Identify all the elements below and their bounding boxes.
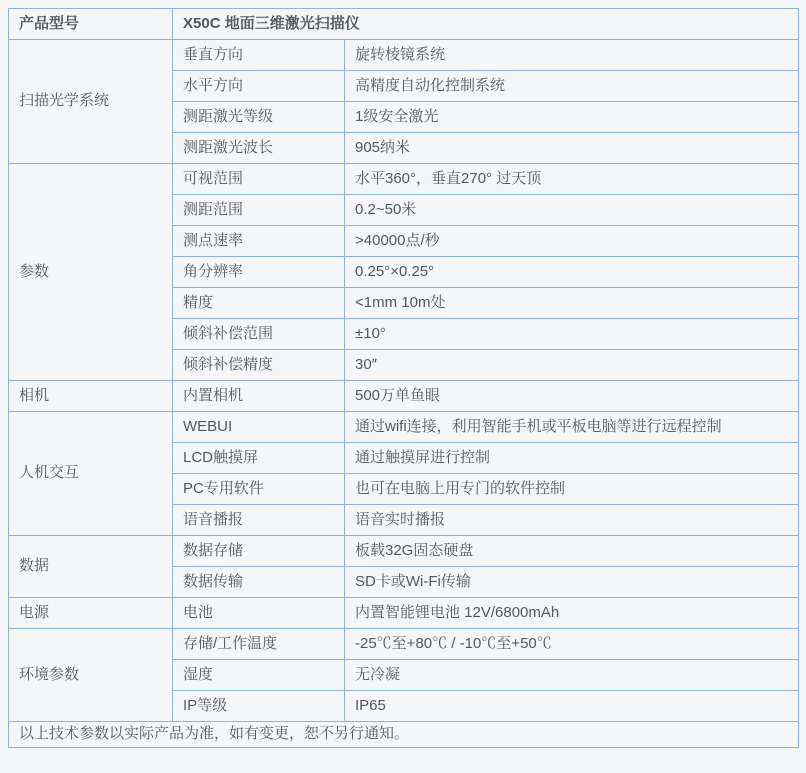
spec-label-cell: 语音播报	[173, 505, 345, 536]
table-row: 环境参数 存储/工作温度 -25℃至+80℃ / -10℃至+50℃	[9, 629, 799, 660]
spec-label-cell: 电池	[173, 598, 345, 629]
spec-label-cell: 角分辨率	[173, 257, 345, 288]
table-row: 电源 电池 内置智能锂电池 12V/6800mAh	[9, 598, 799, 629]
spec-label-cell: 测距激光波长	[173, 133, 345, 164]
spec-label-cell: 数据传输	[173, 567, 345, 598]
table-row: 人机交互 WEBUI 通过wifi连接，利用智能手机或平板电脑等进行远程控制	[9, 412, 799, 443]
spec-label-cell: 倾斜补偿范围	[173, 319, 345, 350]
table-row: 参数 可视范围 水平360°，垂直270° 过天顶	[9, 164, 799, 195]
table-row-footer: 以上技术参数以实际产品为准，如有变更，恕不另行通知。	[9, 722, 799, 748]
spec-table: 产品型号 X50C 地面三维激光扫描仪 扫描光学系统 垂直方向 旋转棱镜系统 水…	[8, 8, 799, 748]
category-cell-power: 电源	[9, 598, 173, 629]
model-value-cell: X50C 地面三维激光扫描仪	[173, 9, 799, 40]
spec-value-cell: 30″	[345, 350, 799, 381]
category-cell-data: 数据	[9, 536, 173, 598]
spec-label-cell: 测点速率	[173, 226, 345, 257]
spec-value-cell: 高精度自动化控制系统	[345, 71, 799, 102]
spec-label-cell: 倾斜补偿精度	[173, 350, 345, 381]
spec-label-cell: 数据存储	[173, 536, 345, 567]
spec-value-cell: 905纳米	[345, 133, 799, 164]
spec-value-cell: 1级安全激光	[345, 102, 799, 133]
spec-value-cell: >40000点/秒	[345, 226, 799, 257]
category-cell-camera: 相机	[9, 381, 173, 412]
spec-label-cell: 内置相机	[173, 381, 345, 412]
spec-label-cell: 测距范围	[173, 195, 345, 226]
footer-note: 以上技术参数以实际产品为准，如有变更，恕不另行通知。	[9, 722, 799, 748]
spec-label-cell: 垂直方向	[173, 40, 345, 71]
spec-value-cell: 水平360°，垂直270° 过天顶	[345, 164, 799, 195]
spec-label-cell: 存储/工作温度	[173, 629, 345, 660]
spec-value-cell: 通过触摸屏进行控制	[345, 443, 799, 474]
spec-value-cell: 0.25°×0.25°	[345, 257, 799, 288]
spec-label-cell: LCD触摸屏	[173, 443, 345, 474]
spec-label-cell: 精度	[173, 288, 345, 319]
table-row: 相机 内置相机 500万单鱼眼	[9, 381, 799, 412]
spec-value-cell: 无冷凝	[345, 660, 799, 691]
spec-value-cell: 板载32G固态硬盘	[345, 536, 799, 567]
spec-value-cell: -25℃至+80℃ / -10℃至+50℃	[345, 629, 799, 660]
spec-value-cell: SD卡或Wi-Fi传输	[345, 567, 799, 598]
spec-value-cell: ±10°	[345, 319, 799, 350]
table-row: 扫描光学系统 垂直方向 旋转棱镜系统	[9, 40, 799, 71]
spec-label-cell: IP等级	[173, 691, 345, 722]
category-cell-hmi: 人机交互	[9, 412, 173, 536]
spec-value-cell: IP65	[345, 691, 799, 722]
category-cell-environment: 环境参数	[9, 629, 173, 722]
spec-page: 产品型号 X50C 地面三维激光扫描仪 扫描光学系统 垂直方向 旋转棱镜系统 水…	[0, 0, 806, 773]
table-row: 数据 数据存储 板载32G固态硬盘	[9, 536, 799, 567]
model-label-cell: 产品型号	[9, 9, 173, 40]
spec-value-cell: 通过wifi连接，利用智能手机或平板电脑等进行远程控制	[345, 412, 799, 443]
spec-value-cell: 0.2~50米	[345, 195, 799, 226]
spec-value-cell: <1mm 10m处	[345, 288, 799, 319]
spec-value-cell: 旋转棱镜系统	[345, 40, 799, 71]
spec-label-cell: 水平方向	[173, 71, 345, 102]
spec-label-cell: 湿度	[173, 660, 345, 691]
table-row-header: 产品型号 X50C 地面三维激光扫描仪	[9, 9, 799, 40]
spec-value-cell: 也可在电脑上用专门的软件控制	[345, 474, 799, 505]
spec-value-cell: 语音实时播报	[345, 505, 799, 536]
category-cell-optics: 扫描光学系统	[9, 40, 173, 164]
spec-label-cell: 测距激光等级	[173, 102, 345, 133]
spec-value-cell: 500万单鱼眼	[345, 381, 799, 412]
spec-label-cell: PC专用软件	[173, 474, 345, 505]
spec-label-cell: WEBUI	[173, 412, 345, 443]
spec-label-cell: 可视范围	[173, 164, 345, 195]
spec-value-cell: 内置智能锂电池 12V/6800mAh	[345, 598, 799, 629]
category-cell-parameters: 参数	[9, 164, 173, 381]
